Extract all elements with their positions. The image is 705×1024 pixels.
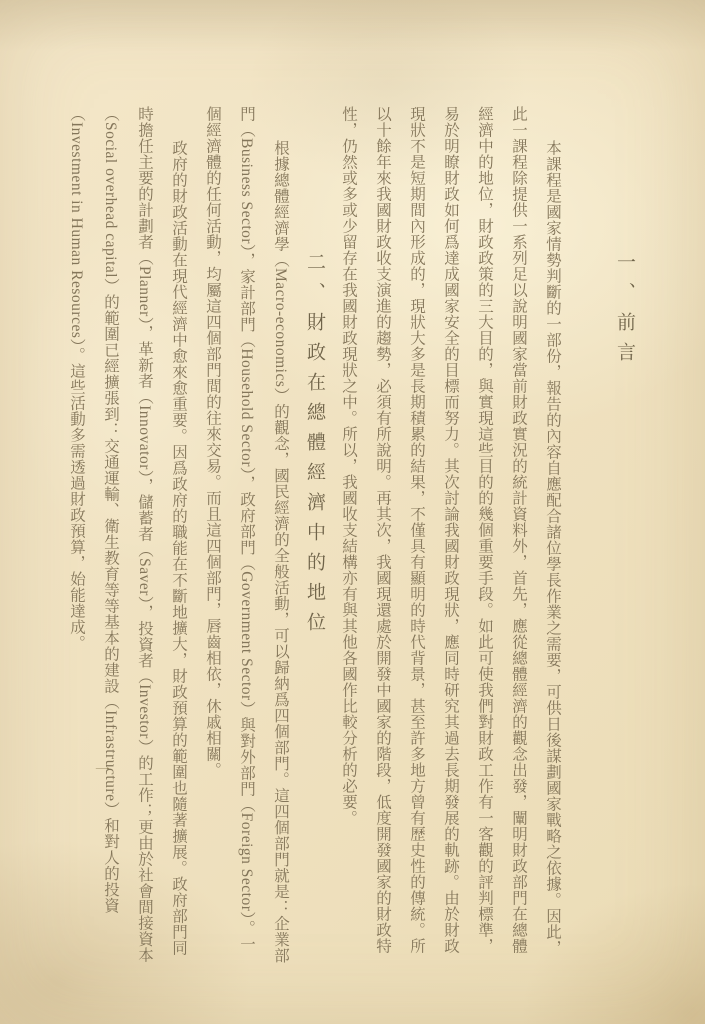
scanned-document-page: 一、前言 本課程是國家情勢判斷的一部份，報告的內容自應配合諸位學長作業之需要，可… bbox=[0, 0, 705, 1024]
vertical-text-block: 一、前言 本課程是國家情勢判斷的一部份，報告的內容自應配合諸位學長作業之需要，可… bbox=[59, 106, 641, 966]
preface-paragraph: 本課程是國家情勢判斷的一部份，報告的內容自應配合諸位學長作業之需要，可供日後謀劃… bbox=[331, 106, 569, 966]
section-heading-preface: 一、前言 bbox=[607, 106, 641, 966]
section-two-paragraph-1: 根據總體經濟學（Macro-economics）的觀念，國民經濟的全般活動，可以… bbox=[195, 106, 297, 966]
section-heading-fiscal-position: 二、財政在總體經濟中的地位 bbox=[297, 106, 331, 966]
page-number: 一 bbox=[88, 762, 112, 777]
section-two-paragraph-2: 政府的財政活動在現代經濟中愈來愈重要。因爲政府的職能在不斷地擴大，財政預算的範圍… bbox=[59, 106, 195, 966]
